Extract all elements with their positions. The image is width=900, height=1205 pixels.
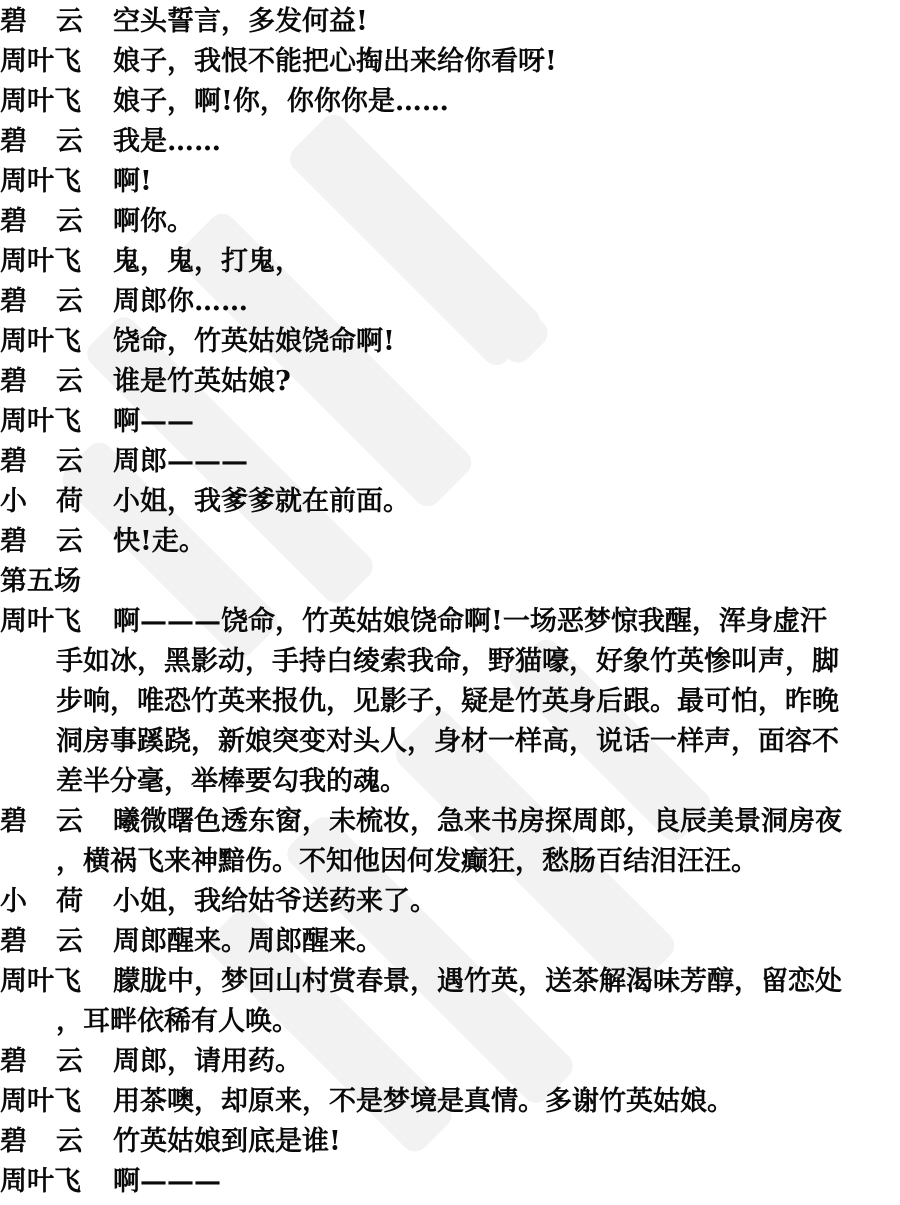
speaker-name: 碧云	[0, 362, 84, 402]
dialogue-text: 竹英姑娘到底是谁!	[113, 1126, 341, 1157]
dialogue-line: 周叶飞用茶噢，却原来，不是梦境是真情。多谢竹英姑娘。	[0, 1082, 900, 1122]
dialogue-line: 周叶飞娘子，啊!你，你你你是……	[0, 82, 900, 122]
dialogue-line: 碧云快!走。	[0, 522, 900, 562]
dialogue-line: 周叶飞啊———	[0, 1162, 900, 1202]
dialogue-line: 周叶飞啊!	[0, 162, 900, 202]
dialogue-text: 娘子，我恨不能把心掏出来给你看呀!	[113, 46, 557, 77]
dialogue-text: 周郎———	[113, 446, 248, 477]
dialogue-line: 碧云谁是竹英姑娘?	[0, 362, 900, 402]
dialogue-text: 曦微曙色透东窗，未梳妆，急来书房探周郎，良辰美景洞房夜	[113, 806, 842, 837]
dialogue-line: 碧云周郎———	[0, 442, 900, 482]
speaker-name: 周叶飞	[0, 602, 84, 642]
speaker-name: 周叶飞	[0, 82, 84, 122]
dialogue-text: 我是……	[113, 126, 221, 157]
dialogue-continuation: 手如冰，黑影动，手持白绫索我命，野猫嚎，好象竹英惨叫声，脚	[0, 642, 900, 682]
dialogue-line: 周叶飞鬼，鬼，打鬼，	[0, 242, 900, 282]
speaker-name: 碧云	[0, 122, 84, 162]
dialogue-continuation: ，横祸飞来神黯伤。不知他因何发癫狂，愁肠百结泪汪汪。	[0, 842, 900, 882]
speaker-name: 周叶飞	[0, 242, 84, 282]
speaker-name: 周叶飞	[0, 162, 84, 202]
speaker-name: 碧云	[0, 1122, 84, 1162]
dialogue-text: 朦胧中，梦回山村赏春景，遇竹英，送茶解渴味芳醇，留恋处	[113, 966, 842, 997]
dialogue-text: 啊——	[113, 406, 194, 437]
dialogue-line: 周叶飞啊——	[0, 402, 900, 442]
dialogue-line: 小荷小姐，我给姑爷送药来了。	[0, 882, 900, 922]
speaker-name: 碧云	[0, 802, 84, 842]
dialogue-text: 谁是竹英姑娘?	[113, 366, 291, 397]
dialogue-continuation: 差半分毫，举棒要勾我的魂。	[0, 762, 900, 802]
speaker-name: 碧云	[0, 522, 84, 562]
speaker-name: 小荷	[0, 482, 84, 522]
dialogue-line: 碧云我是……	[0, 122, 900, 162]
dialogue-text: 鬼，鬼，打鬼，	[113, 246, 302, 277]
dialogue-continuation: ，耳畔依稀有人唤。	[0, 1002, 900, 1042]
dialogue-text: 啊!	[113, 166, 152, 197]
speaker-name: 碧云	[0, 1042, 84, 1082]
dialogue-text: 周郎醒来。周郎醒来。	[113, 926, 383, 957]
dialogue-text: 周郎，请用药。	[113, 1046, 302, 1077]
dialogue-line: 周叶飞朦胧中，梦回山村赏春景，遇竹英，送茶解渴味芳醇，留恋处	[0, 962, 900, 1002]
dialogue-text: 啊———饶命，竹英姑娘饶命啊!一场恶梦惊我醒，浑身虚汗	[113, 606, 827, 637]
dialogue-continuation: 洞房事蹊跷，新娘突变对头人，身材一样高，说话一样声，面容不	[0, 722, 900, 762]
dialogue-text: 啊———	[113, 1166, 221, 1197]
dialogue-text: 小姐，我给姑爷送药来了。	[113, 886, 437, 917]
dialogue-text: 饶命，竹英姑娘饶命啊!	[113, 326, 395, 357]
dialogue-line: 周叶飞饶命，竹英姑娘饶命啊!	[0, 322, 900, 362]
speaker-name: 碧云	[0, 442, 84, 482]
dialogue-line: 碧云周郎醒来。周郎醒来。	[0, 922, 900, 962]
dialogue-text: 空头誓言，多发何益!	[113, 6, 368, 37]
speaker-name: 小荷	[0, 882, 84, 922]
speaker-name: 碧云	[0, 2, 84, 42]
speaker-name: 周叶飞	[0, 1082, 84, 1122]
speaker-name: 周叶飞	[0, 962, 84, 1002]
dialogue-text: 小姐，我爹爹就在前面。	[113, 486, 410, 517]
dialogue-line: 碧云啊你。	[0, 202, 900, 242]
dialogue-line: 碧云曦微曙色透东窗，未梳妆，急来书房探周郎，良辰美景洞房夜	[0, 802, 900, 842]
speaker-name: 碧云	[0, 922, 84, 962]
speaker-name: 周叶飞	[0, 42, 84, 82]
dialogue-line: 碧云空头誓言，多发何益!	[0, 2, 900, 42]
scene-heading: 第五场	[0, 562, 900, 602]
dialogue-line: 碧云周郎，请用药。	[0, 1042, 900, 1082]
dialogue-continuation: 步响，唯恐竹英来报仇，见影子，疑是竹英身后跟。最可怕，昨晚	[0, 682, 900, 722]
speaker-name: 周叶飞	[0, 322, 84, 362]
speaker-name: 碧云	[0, 282, 84, 322]
dialogue-text: 用茶噢，却原来，不是梦境是真情。多谢竹英姑娘。	[113, 1086, 734, 1117]
speaker-name: 周叶飞	[0, 1162, 84, 1202]
dialogue-text: 快!走。	[113, 526, 206, 557]
dialogue-line: 小荷小姐，我爹爹就在前面。	[0, 482, 900, 522]
script-body: 碧云空头誓言，多发何益!周叶飞娘子，我恨不能把心掏出来给你看呀!周叶飞娘子，啊!…	[0, 0, 900, 1202]
speaker-name: 周叶飞	[0, 402, 84, 442]
dialogue-line: 碧云周郎你……	[0, 282, 900, 322]
dialogue-text: 啊你。	[113, 206, 194, 237]
speaker-name: 碧云	[0, 202, 84, 242]
dialogue-text: 娘子，啊!你，你你你是……	[113, 86, 449, 117]
dialogue-line: 碧云竹英姑娘到底是谁!	[0, 1122, 900, 1162]
dialogue-text: 周郎你……	[113, 286, 248, 317]
dialogue-line: 周叶飞娘子，我恨不能把心掏出来给你看呀!	[0, 42, 900, 82]
dialogue-line: 周叶飞啊———饶命，竹英姑娘饶命啊!一场恶梦惊我醒，浑身虚汗	[0, 602, 900, 642]
